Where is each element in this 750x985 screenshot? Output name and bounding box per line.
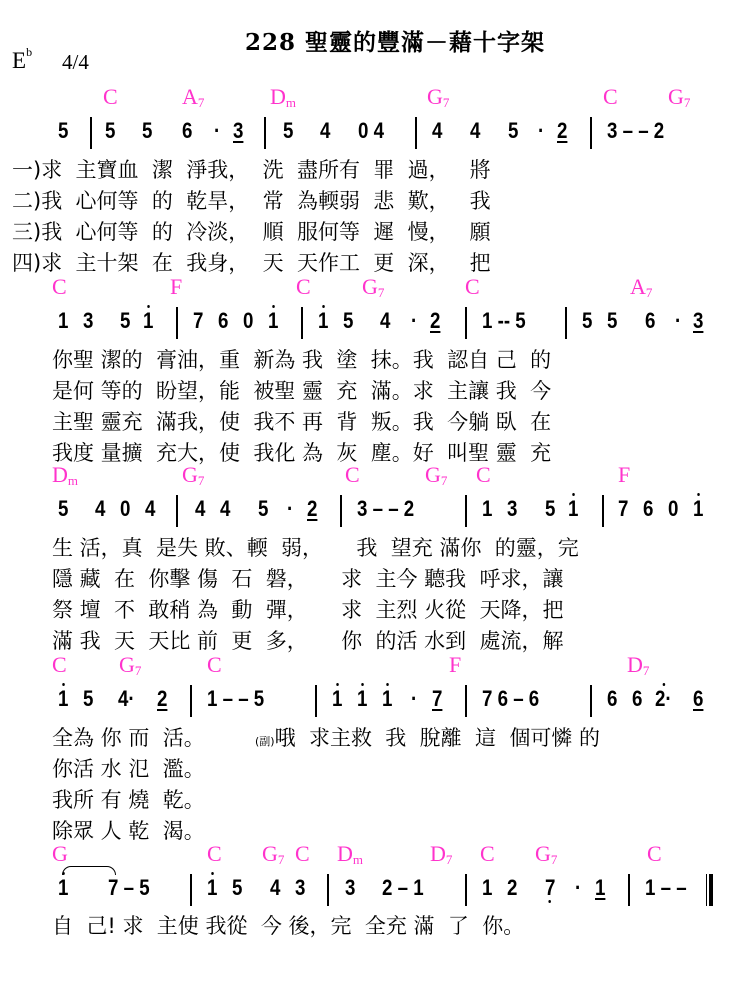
note: 3 (233, 119, 243, 143)
note-digit: 5 (545, 496, 555, 521)
chord-symbol: Dm (337, 843, 363, 868)
chord-symbol: C (345, 464, 360, 486)
note: 1 (58, 687, 68, 711)
bar-line (176, 495, 178, 527)
note-digit: 2· (655, 687, 672, 711)
chord-quality: 7 (198, 473, 205, 488)
note-digit: 4· (118, 686, 135, 711)
chord-symbol: D7 (627, 654, 649, 679)
note: 2 – 1 (382, 876, 424, 900)
chord-symbol: C (207, 654, 222, 676)
chord-quality: 7 (443, 95, 450, 110)
lyric-line: 二)我 心何等 的 乾旱， 常 為輭弱 悲 歎， 我 (12, 189, 491, 213)
note-digit: 6 (218, 308, 228, 333)
note-digit: 1 (382, 687, 392, 711)
refrain-text: 哦 求主救 我 脫離 這 個可憐 的 (275, 726, 600, 750)
refrain-lyric: (副)哦 求主救 我 脫離 這 個可憐 的 (255, 726, 600, 754)
chord-quality: 7 (643, 663, 650, 678)
note-digit: 3 (345, 875, 355, 900)
bar-line (465, 307, 467, 339)
note-digit: 1 (58, 308, 68, 333)
note: 1 (382, 687, 392, 711)
note: 5 (545, 497, 555, 521)
note-digit: 2 (557, 118, 567, 143)
note-digit: 1 (143, 309, 153, 333)
note: 1 (207, 876, 217, 900)
lyric-line: 生 活，真 是失 敗、輭 弱， 我 望充 滿你 的靈，完 (52, 536, 579, 560)
note: 5 (120, 309, 130, 333)
note: 6 (643, 497, 653, 521)
note-digit: 2 (430, 308, 440, 333)
chord-symbol: C (207, 843, 222, 865)
chord-root: C (603, 84, 618, 109)
note: 5 (142, 119, 152, 143)
note-digit: 4 (95, 496, 105, 521)
note: 5 (343, 309, 353, 333)
chord-root: G (262, 841, 278, 866)
chord-symbol: C (52, 654, 67, 676)
chord-symbol: F (618, 464, 630, 486)
note: · (214, 119, 220, 143)
chord-symbol: G7 (119, 654, 141, 679)
note: 3 (507, 497, 517, 521)
note-digit: 0 (668, 496, 678, 521)
note-digit: 2 (507, 875, 517, 900)
bar-line (465, 874, 467, 906)
chord-root: C (465, 274, 480, 299)
note: 5 (58, 119, 68, 143)
note-digit: 4 (195, 496, 205, 521)
chord-symbol: G (52, 843, 68, 865)
note-digit: 5 (142, 118, 152, 143)
note: 3 (693, 309, 703, 333)
final-bar-line (706, 874, 713, 906)
note-digit: 0 (120, 496, 130, 521)
note-digit: 1 (595, 875, 605, 900)
note: 2 (507, 876, 517, 900)
note: 3 (345, 876, 355, 900)
note-digit: 6 (607, 686, 617, 711)
lyric-line: 一)求 主寶血 潔 淨我， 洗 盡所有 罪 過， 將 (12, 158, 491, 182)
note-digit: 5 (508, 118, 518, 143)
note: 1 (482, 497, 492, 521)
note-digit: 5 (105, 118, 115, 143)
lyric-line: 我所 有 燒 乾。 (52, 788, 205, 812)
chord-root: C (296, 274, 311, 299)
chord-root: G (427, 84, 443, 109)
note-digit: 7 (545, 876, 555, 900)
chord-root: G (182, 462, 198, 487)
chord-root: C (476, 462, 491, 487)
note: 3 (83, 309, 93, 333)
chord-symbol: F (449, 654, 461, 676)
note-digit: 7 (193, 308, 203, 333)
bar-line (340, 495, 342, 527)
bar-line (301, 307, 303, 339)
chord-root: G (668, 84, 684, 109)
note: 1 (357, 687, 367, 711)
chord-symbol: C (465, 276, 480, 298)
note: 5 (258, 497, 268, 521)
lyric-line: 是何 等的 盼望，能 被聖 靈 充 滿。求 主讓 我 今 (52, 379, 551, 403)
chord-symbol: Dm (52, 464, 78, 489)
note-digit: 1 (693, 497, 703, 521)
bar-line (565, 307, 567, 339)
chord-symbol: C (647, 843, 662, 865)
note: 4 (380, 309, 390, 333)
chord-symbol: G7 (427, 86, 449, 111)
chord-root: G (362, 274, 378, 299)
chord-quality: 7 (646, 285, 653, 300)
note-digit: 4 (270, 875, 280, 900)
lyric-line: 全為 你 而 活。 (52, 726, 205, 750)
note-digit: 3 – – 2 (607, 118, 664, 143)
note: 1 (332, 687, 342, 711)
chord-symbol: Dm (270, 86, 296, 111)
note-digit: · (411, 686, 417, 711)
key-letter: E (12, 48, 26, 73)
chord-root: A (630, 274, 646, 299)
note: 7 – 5 (108, 876, 150, 900)
chord-root: C (647, 841, 662, 866)
chord-root: C (52, 652, 67, 677)
key-accidental: b (26, 45, 32, 59)
lyric-line: 你活 水 氾 濫。 (52, 757, 205, 781)
note-digit: 1 (58, 687, 68, 711)
chord-root: D (337, 841, 353, 866)
note-digit: 3 (693, 308, 703, 333)
note: 6 (182, 119, 192, 143)
note: 7 (618, 497, 628, 521)
note-digit: 1 (332, 687, 342, 711)
chord-symbol: C (480, 843, 495, 865)
note: 4 (145, 497, 155, 521)
chord-root: C (345, 462, 360, 487)
note-digit: 5 (58, 118, 68, 143)
lyric-line: 祭 壇 不 敢稍 為 動 彈， 求 主烈 火從 天降，把 (52, 598, 564, 622)
refrain-label: (副) (255, 735, 275, 748)
note: 6 (218, 309, 228, 333)
note: 4 (220, 497, 230, 521)
bar-line (190, 685, 192, 717)
note-digit: 3 – – 2 (357, 496, 414, 521)
bar-line (590, 117, 592, 149)
note: 5 (105, 119, 115, 143)
chord-quality: 7 (684, 95, 691, 110)
chord-symbol: C (52, 276, 67, 298)
note: 1 (58, 876, 68, 900)
chord-root: C (207, 841, 222, 866)
note: 0 4 (358, 119, 384, 143)
note: 2 (157, 687, 167, 711)
note-digit: 6 (693, 686, 703, 711)
note-digit: 5 (258, 496, 268, 521)
note: 6 (645, 309, 655, 333)
note: 7 6 – 6 (482, 687, 539, 711)
bar-line (90, 117, 92, 149)
note: 5 (508, 119, 518, 143)
chord-symbol: G7 (535, 843, 557, 868)
chord-quality: 7 (278, 852, 285, 867)
note-digit: 5 (343, 308, 353, 333)
bar-line (176, 307, 178, 339)
lyric-line: 滿 我 天 天比 前 更 多， 你 的活 水到 處流，解 (52, 629, 564, 653)
lyric-line: 三)我 心何等 的 冷淡， 順 服何等 遲 慢， 願 (12, 220, 491, 244)
note-digit: 3 (295, 875, 305, 900)
note: 4 (470, 119, 480, 143)
chord-symbol: C (603, 86, 618, 108)
chord-symbol: G7 (425, 464, 447, 489)
note-digit: 1 – – 5 (207, 686, 264, 711)
note-digit: 1 (207, 876, 217, 900)
bar-line (465, 495, 467, 527)
bar-line (415, 117, 417, 149)
note: 5 (232, 876, 242, 900)
note-digit: 5 (607, 308, 617, 333)
chord-symbol: C (103, 86, 118, 108)
note: 7 (545, 876, 555, 900)
note: 1 – – (645, 876, 687, 900)
chord-root: F (170, 274, 182, 299)
bar-line (264, 117, 266, 149)
note: 1 (482, 876, 492, 900)
note: 2 (430, 309, 440, 333)
note-digit: 6 (182, 118, 192, 143)
chord-quality: m (68, 473, 78, 488)
bar-line (590, 685, 592, 717)
note-digit: 5 (582, 308, 592, 333)
bar-line (190, 874, 192, 906)
lyric-line: 自 己! 求 主使 我從 今 後，完 全充 滿 了 你。 (52, 914, 524, 938)
key-signature: Eb (12, 48, 32, 74)
note: 2· (655, 687, 672, 711)
chord-symbol: A7 (630, 276, 652, 301)
note: 2 (307, 497, 317, 521)
note: 4 (320, 119, 330, 143)
note: 1 (268, 309, 278, 333)
note: · (411, 687, 417, 711)
note-digit: 1 (482, 496, 492, 521)
time-signature: 4/4 (62, 50, 89, 75)
chord-symbol: A7 (182, 86, 204, 111)
note: 0 (668, 497, 678, 521)
note-digit: 2 (157, 686, 167, 711)
note: 5 (582, 309, 592, 333)
chord-quality: 7 (198, 95, 205, 110)
note-digit: 6 (632, 686, 642, 711)
song-title: 228 聖靈的豐滿－藉十字架 (0, 24, 750, 57)
bar-line (327, 874, 329, 906)
note-digit: · (287, 496, 293, 521)
chord-symbol: C (476, 464, 491, 486)
chord-symbol: G7 (182, 464, 204, 489)
lyric-line: 四)求 主十架 在 我身， 天 天作工 更 深， 把 (12, 251, 491, 275)
note: 0 (243, 309, 253, 333)
note-digit: 0 4 (358, 118, 384, 143)
chord-root: D (270, 84, 286, 109)
note-digit: 5 (58, 496, 68, 521)
note: 4· (118, 687, 135, 711)
note: 0 (120, 497, 130, 521)
note: 7 (432, 687, 442, 711)
chord-symbol: G7 (362, 276, 384, 301)
chord-quality: 7 (551, 852, 558, 867)
note-digit: 1 (268, 309, 278, 333)
chord-symbol: C (296, 276, 311, 298)
chord-root: C (207, 652, 222, 677)
lyric-line: 你聖 潔的 膏油，重 新為 我 塗 抹。我 認自 己 的 (52, 348, 551, 372)
note-digit: 1 (58, 876, 68, 900)
note-digit: 5 (232, 875, 242, 900)
bar-line (465, 685, 467, 717)
note: 5 (58, 497, 68, 521)
note-digit: 3 (233, 118, 243, 143)
note: · (538, 119, 544, 143)
chord-root: G (425, 462, 441, 487)
chord-symbol: D7 (430, 843, 452, 868)
note: 4 (432, 119, 442, 143)
chord-root: G (535, 841, 551, 866)
note: 3 (295, 876, 305, 900)
note-digit: 6 (645, 308, 655, 333)
note: 3 – – 2 (357, 497, 414, 521)
note: 1 (693, 497, 703, 521)
chord-symbol: G7 (262, 843, 284, 868)
note-digit: 4 (432, 118, 442, 143)
note: 1 (595, 876, 605, 900)
chord-root: D (430, 841, 446, 866)
note-digit: 0 (243, 308, 253, 333)
chord-root: F (449, 652, 461, 677)
chord-root: C (295, 841, 310, 866)
note-digit: 5 (120, 308, 130, 333)
note: · (287, 497, 293, 521)
note-digit: 5 (283, 118, 293, 143)
chord-quality: m (353, 852, 363, 867)
note-digit: · (538, 118, 544, 143)
note-digit: 7 6 – 6 (482, 686, 539, 711)
note-digit: 1 -- 5 (482, 308, 526, 333)
chord-quality: m (286, 95, 296, 110)
lyric-line: 隱 藏 在 你擊 傷 石 磐， 求 主今 聽我 呼求，讓 (52, 567, 564, 591)
note-digit: 1 – – (645, 875, 687, 900)
chord-root: C (52, 274, 67, 299)
note: 6 (607, 687, 617, 711)
note-digit: 2 – 1 (382, 875, 424, 900)
note: · (675, 309, 681, 333)
note-digit: 3 (507, 496, 517, 521)
tie-slur (62, 866, 116, 875)
note-digit: · (411, 308, 417, 333)
lyric-line: 主聖 靈充 滿我，使 我不 再 背 叛。我 今躺 臥 在 (52, 410, 551, 434)
lyric-line: 除眾 人 乾 渴。 (52, 819, 205, 843)
chord-quality: 7 (441, 473, 448, 488)
chord-symbol: F (170, 276, 182, 298)
note: · (411, 309, 417, 333)
bar-line (315, 685, 317, 717)
note: 1 – – 5 (207, 687, 264, 711)
note-digit: 4 (320, 118, 330, 143)
note-digit: · (675, 308, 681, 333)
note-digit: 4 (145, 496, 155, 521)
note-digit: 1 (482, 875, 492, 900)
note-digit: 4 (220, 496, 230, 521)
bar-line (628, 874, 630, 906)
chord-quality: 7 (446, 852, 453, 867)
note-digit: 1 (357, 687, 367, 711)
note: 5 (607, 309, 617, 333)
note-digit: 1 (568, 497, 578, 521)
chord-root: D (52, 462, 68, 487)
chord-root: D (627, 652, 643, 677)
note: 1 (318, 309, 328, 333)
note-digit: 2 (307, 496, 317, 521)
note: 5 (283, 119, 293, 143)
chord-root: G (52, 841, 68, 866)
chord-quality: 7 (135, 663, 142, 678)
note: 6 (693, 687, 703, 711)
note-digit: 7 – 5 (108, 875, 150, 900)
note-digit: 4 (380, 308, 390, 333)
bar-line (602, 495, 604, 527)
note-digit: 1 (318, 309, 328, 333)
note-digit: 7 (432, 686, 442, 711)
note-digit: 4 (470, 118, 480, 143)
chord-root: F (618, 462, 630, 487)
note: 1 -- 5 (482, 309, 526, 333)
chord-root: A (182, 84, 198, 109)
note: 2 (557, 119, 567, 143)
chord-root: G (119, 652, 135, 677)
chord-root: C (103, 84, 118, 109)
chord-root: C (480, 841, 495, 866)
note: 6 (632, 687, 642, 711)
note: 3 – – 2 (607, 119, 664, 143)
note-digit: · (575, 875, 581, 900)
note: 5 (83, 687, 93, 711)
note: 4 (95, 497, 105, 521)
note-digit: 5 (83, 686, 93, 711)
note-digit: 3 (83, 308, 93, 333)
note: 1 (143, 309, 153, 333)
note-digit: 6 (643, 496, 653, 521)
chord-symbol: G7 (668, 86, 690, 111)
note-digit: 7 (618, 496, 628, 521)
note-digit: · (214, 118, 220, 143)
chord-symbol: C (295, 843, 310, 865)
note: 7 (193, 309, 203, 333)
note: 4 (270, 876, 280, 900)
note: 1 (568, 497, 578, 521)
chord-quality: 7 (378, 285, 385, 300)
note: 4 (195, 497, 205, 521)
note: · (575, 876, 581, 900)
note: 1 (58, 309, 68, 333)
